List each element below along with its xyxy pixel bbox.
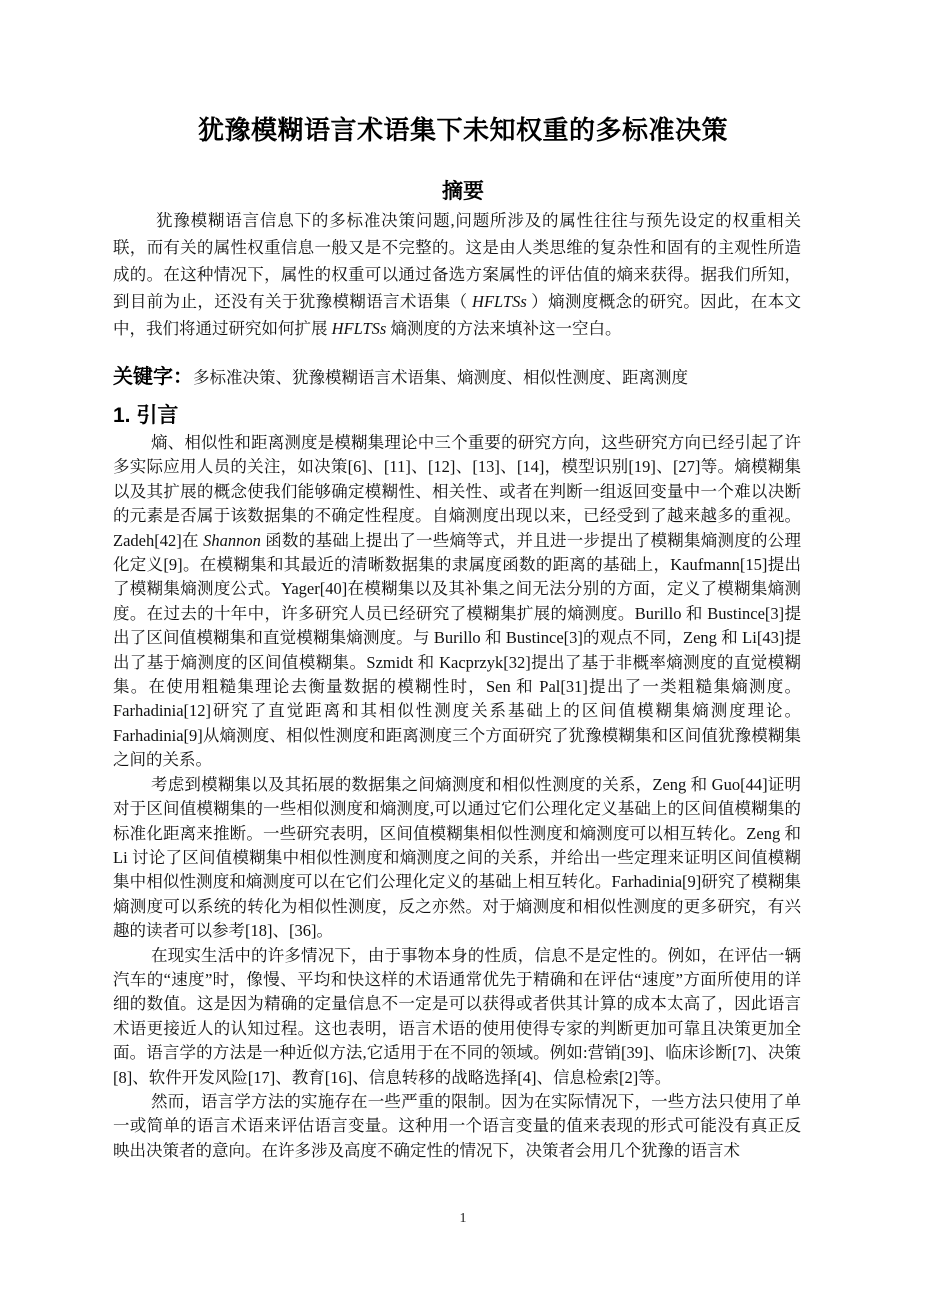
intro-paragraph-4: 然而，语言学方法的实施存在一些严重的限制。因为在实际情况下，一些方法只使用了单一… — [113, 1090, 801, 1163]
section-heading-introduction: 1. 引言 — [113, 399, 801, 429]
abstract-paragraph: 犹豫模糊语言信息下的多标准决策问题,问题所涉及的属性往往与预先设定的权重相关联，… — [113, 207, 801, 342]
keywords-text: 多标准决策、犹豫模糊语言术语集、熵测度、相似性测度、距离测度 — [193, 368, 688, 387]
text-segment: 函数的基础上提出了一些熵等式，并且进一步提出了模糊集熵测度的公理化定义[9]。在… — [113, 531, 801, 770]
intro-paragraph-3: 在现实生活中的许多情况下，由于事物本身的性质，信息不是定性的。例如，在评估一辆汽… — [113, 944, 801, 1090]
text-segment: Shannon — [203, 531, 261, 550]
text-segment: 考虑到模糊集以及其拓展的数据集之间熵测度和相似性测度的关系，Zeng 和 Guo… — [113, 775, 801, 940]
keywords-label: 关键字： — [113, 366, 193, 388]
text-segment: HFLTSs — [472, 292, 527, 311]
introduction-body: 熵、相似性和距离测度是模糊集理论中三个重要的研究方向，这些研究方向已经引起了许多… — [113, 431, 801, 1163]
abstract-heading: 摘要 — [0, 175, 926, 205]
document-page: 犹豫模糊语言术语集下未知权重的多标准决策 摘要 犹豫模糊语言信息下的多标准决策问… — [0, 0, 926, 1309]
intro-paragraph-2: 考虑到模糊集以及其拓展的数据集之间熵测度和相似性测度的关系，Zeng 和 Guo… — [113, 773, 801, 944]
page-number: 1 — [0, 1211, 926, 1227]
text-segment: HFLTSs — [332, 319, 387, 338]
paper-title: 犹豫模糊语言术语集下未知权重的多标准决策 — [0, 110, 926, 147]
keywords-line: 关键字：多标准决策、犹豫模糊语言术语集、熵测度、相似性测度、距离测度 — [113, 360, 801, 389]
text-segment: 在现实生活中的许多情况下，由于事物本身的性质，信息不是定性的。例如，在评估一辆汽… — [113, 946, 801, 1087]
text-segment: 然而，语言学方法的实施存在一些严重的限制。因为在实际情况下，一些方法只使用了单一… — [113, 1092, 801, 1160]
intro-paragraph-1: 熵、相似性和距离测度是模糊集理论中三个重要的研究方向，这些研究方向已经引起了许多… — [113, 431, 801, 773]
text-segment: 熵测度的方法来填补这一空白。 — [386, 319, 621, 338]
